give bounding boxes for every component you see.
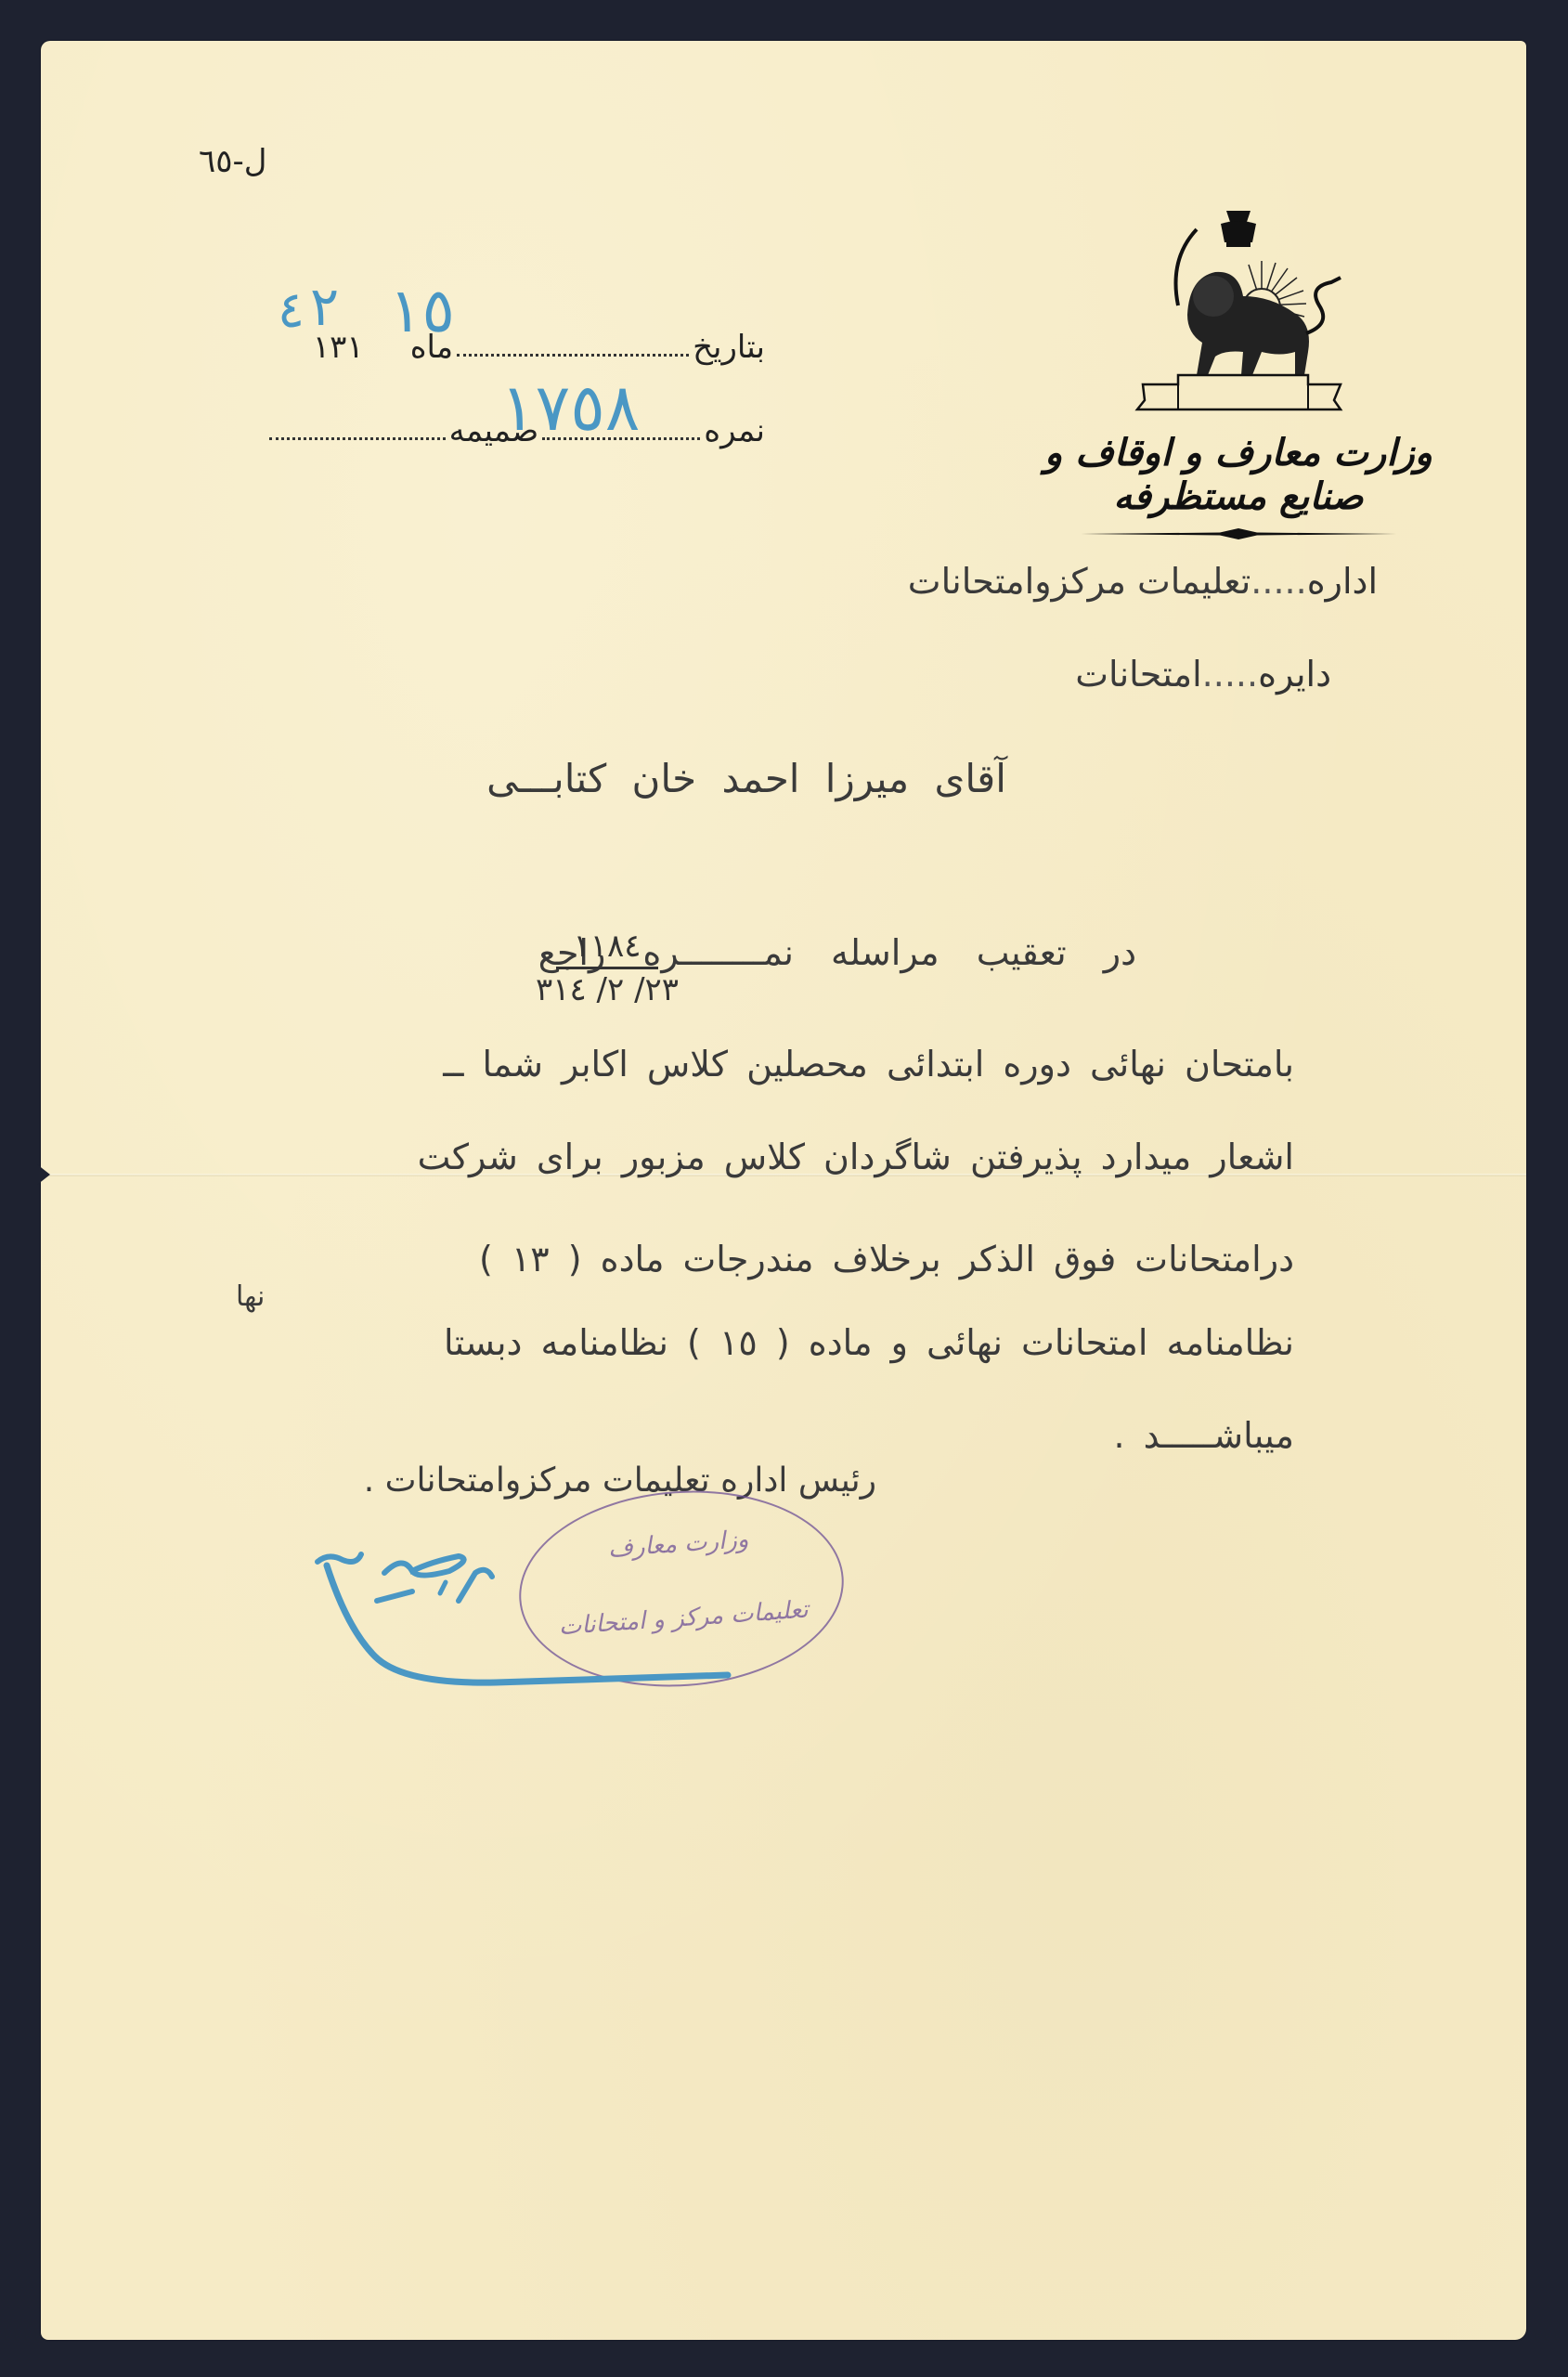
division-label: دايره (1258, 654, 1331, 695)
letter-paper: ل-٦٥ بتاريخ ماه ١٣١ ١٥ ٢ ٤ نمره ضميمه ١٧… (41, 41, 1526, 2340)
department-label: اداره (1307, 561, 1378, 602)
ornamental-divider (1081, 528, 1396, 539)
handwritten-signature (310, 1545, 746, 1694)
body-line-3: اشعار ميدارد پذيرفتن شاگردان كلاس مزبور … (418, 1137, 1294, 1177)
date-day-field (457, 354, 689, 357)
addressee: آقای ميرزا احمد خان كتابـــى (431, 756, 1062, 801)
handwritten-month-number: ٤ (278, 280, 305, 339)
attachment-field (269, 437, 446, 440)
department-value: تعليمات مركزوامتحانات (908, 561, 1251, 602)
reference-number: ١١٨٤ (556, 928, 657, 969)
date-row: بتاريخ ماه ١٣١ ١٥ ٢ ٤ (189, 282, 765, 366)
handwritten-date-day: ١٥ (389, 275, 455, 346)
date-number-block: بتاريخ ماه ١٣١ ١٥ ٢ ٤ نمره ضميمه ١٧٥٨ (189, 282, 765, 449)
reference-date: ٢٣/ ٢/ ٣١٤ (505, 969, 709, 1008)
body-line-4: درامتحانات فوق الذكر برخلاف مندرجات ماده… (479, 1239, 1294, 1279)
interlinear-correction: نها (236, 1280, 265, 1313)
department-line: اداره.....تعليمات مركزوامتحانات (908, 561, 1378, 602)
division-dots: ..... (1202, 654, 1258, 695)
body-line-2: بامتحان نهائى دوره ابتدائى محصلين كلاس ا… (443, 1044, 1294, 1085)
signatory-title: رئيس اداره تعليمات مركزوامتحانات . (364, 1461, 876, 1500)
body-line-6: ميباشـــــد . (1114, 1415, 1294, 1456)
lion-and-sun-emblem (1122, 203, 1354, 417)
handwritten-date-slash: ٢ (310, 275, 339, 338)
fold-notch (37, 1164, 50, 1185)
reference-code: ل-٦٥ (199, 143, 267, 180)
reference-fraction: ١١٨٤ ٢٣/ ٢/ ٣١٤ (505, 928, 709, 1008)
number-label: نمره (704, 412, 765, 449)
number-row: نمره ضميمه ١٧٥٨ (189, 366, 765, 449)
handwritten-number: ١٧٥٨ (500, 370, 640, 446)
department-dots: ..... (1251, 561, 1306, 602)
date-label: بتاريخ (693, 329, 765, 366)
division-value: امتحانات (1075, 654, 1201, 695)
body-line-5: نظامنامه امتحانات نهائى و ماده ( ١٥ ) نظ… (444, 1322, 1294, 1363)
division-line: دايره.....امتحانات (1075, 654, 1331, 695)
ministry-name: وزارت معارف و اوقاف و صنایع مستظرفه (997, 431, 1480, 518)
